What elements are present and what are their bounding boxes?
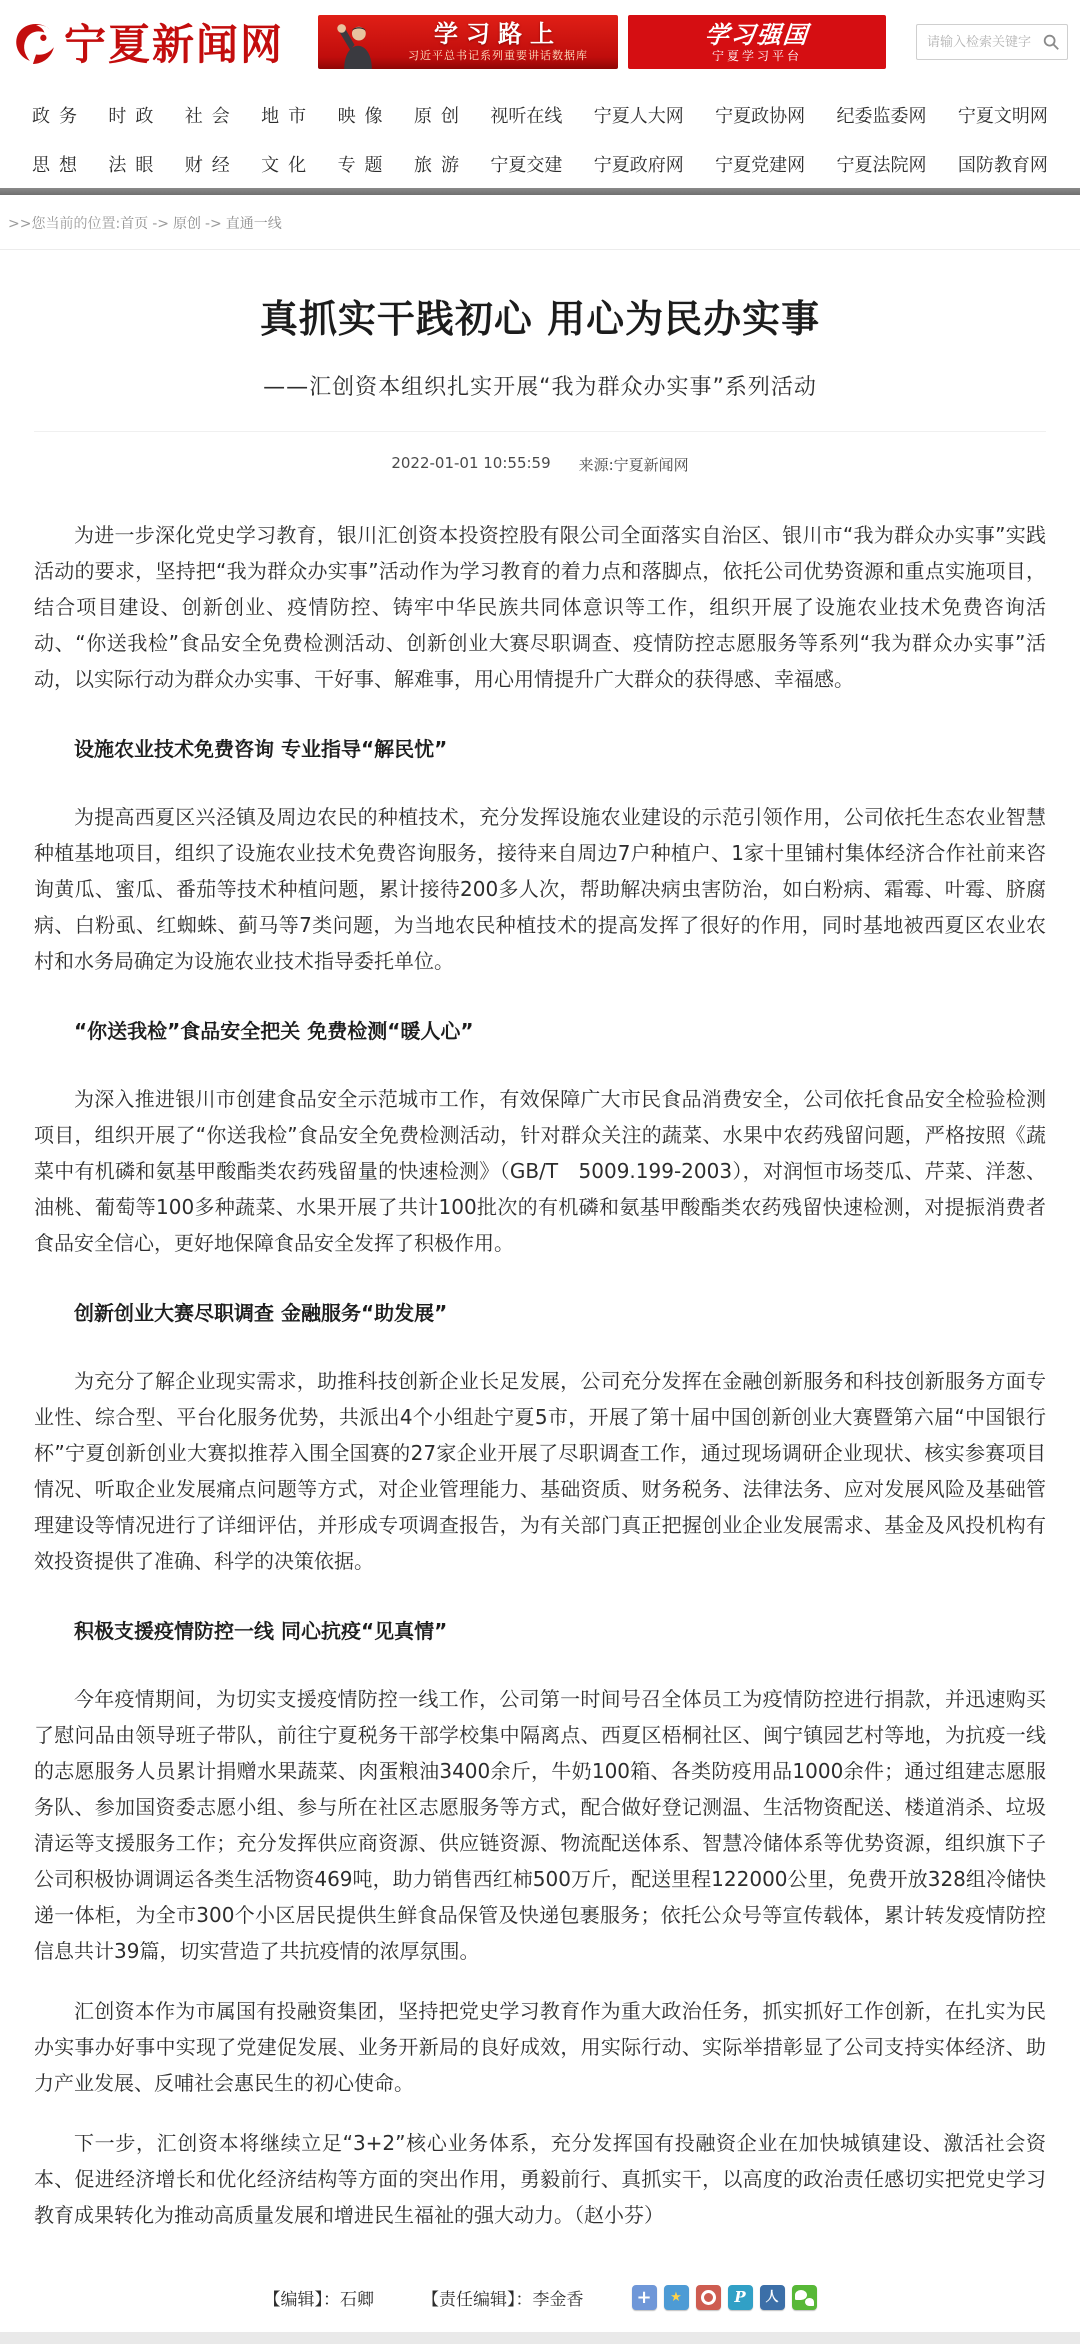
paragraph: 为深入推进银川市创建食品安全示范城市工作，有效保障广大市民食品消费安全，公司依托… [34,1081,1046,1261]
section-divider-bar [0,188,1080,195]
nav-item[interactable]: 宁夏党建网 [715,151,805,177]
article-subtitle: ——汇创资本组织扎实开展“我为群众办实事”系列活动 [34,370,1046,401]
phoenix-logo-icon [12,19,58,65]
article: 真抓实干践初心 用心为民办实事 ——汇创资本组织扎实开展“我为群众办实事”系列活… [0,296,1080,2233]
nav-item[interactable]: 国防教育网 [958,151,1048,177]
nav-item[interactable]: 原创 [414,102,468,128]
editor-item: 【编辑】：石卿 [264,2285,375,2310]
section-heading: 设施农业技术免费咨询 专业指导“解民忧” [34,731,1046,767]
search-icon[interactable] [1042,33,1060,51]
nav-item[interactable]: 宁夏法院网 [837,151,927,177]
banner-xuexi-qiangguo[interactable]: 学习强国 宁夏学习平台 [628,15,886,69]
duty-editor-name: 李金香 [533,2290,584,2310]
section-heading: “你送我检”食品安全把关 免费检测“暖人心” [34,1013,1046,1049]
page: 宁夏新闻网 学习路上 习近平总书记系列重要讲话数据库 学习强国 宁夏学习平台 [0,0,1080,2344]
paragraph: 汇创资本作为市属国有投融资集团，坚持把党史学习教育作为重大政治任务，抓实抓好工作… [34,1993,1046,2101]
nav-item[interactable]: 地市 [261,102,315,128]
search-box [916,24,1068,60]
article-source: 来源:宁夏新闻网 [579,454,689,475]
paragraph: 为充分了解企业现实需求，助推科技创新企业长足发展，公司充分发挥在金融创新服务和科… [34,1363,1046,1579]
nav-item[interactable]: 纪委监委网 [837,102,927,128]
article-title: 真抓实干践初心 用心为民办实事 [34,296,1046,342]
nav-item[interactable]: 政务 [32,102,86,128]
favorites-star-icon[interactable]: ★ [664,2285,689,2310]
nav-item[interactable]: 思想 [32,151,86,177]
share-icons: +★P人 [632,2285,817,2310]
site-logo[interactable]: 宁夏新闻网 [12,12,308,72]
paragraph: 今年疫情期间，为切实支援疫情防控一线工作，公司第一时间号召全体员工为疫情防控进行… [34,1681,1046,1969]
breadcrumb-separator: -> [152,216,169,232]
editor-name: 石卿 [340,2290,374,2310]
banner2-title: 学习强国 [704,22,810,48]
breadcrumb-link[interactable]: 直通一线 [226,216,282,232]
wechat-icon[interactable] [792,2285,817,2310]
site-logo-text: 宁夏新闻网 [64,12,284,72]
nav-row-2: 思想法眼财经文化专题旅游宁夏交建宁夏政府网宁夏党建网宁夏法院网国防教育网 [0,139,1080,188]
section-heading: 创新创业大赛尽职调查 金融服务“助发展” [34,1295,1046,1331]
leader-photo [332,19,384,69]
banner1-title: 学习路上 [434,21,562,47]
nav-item[interactable]: 映像 [338,102,392,128]
pengyou-icon[interactable]: P [728,2285,753,2310]
banner1-subtitle: 习近平总书记系列重要讲话数据库 [408,49,588,63]
nav-item[interactable]: 专题 [338,151,392,177]
publish-date: 2022-01-01 10:55:59 [391,454,550,475]
breadcrumb-link[interactable]: 首页 [120,216,148,232]
nav-item[interactable]: 视听在线 [490,102,562,128]
nav-item[interactable]: 时政 [108,102,162,128]
breadcrumb-prefix: >>您当前的位置: [8,216,120,232]
nav-row-1: 政务时政社会地市映像原创视听在线宁夏人大网宁夏政协网纪委监委网宁夏文明网 [0,90,1080,139]
share-more-icon[interactable]: + [632,2285,657,2310]
article-meta: 2022-01-01 10:55:59 来源:宁夏新闻网 [34,431,1046,475]
paragraph: 为进一步深化党史学习教育，银川汇创资本投资控股有限公司全面落实自治区、银川市“我… [34,517,1046,697]
nav-item[interactable]: 文化 [261,151,315,177]
banner-xuexi-lushang[interactable]: 学习路上 习近平总书记系列重要讲话数据库 [318,15,618,69]
banner2-subtitle: 宁夏学习平台 [712,49,802,63]
nav-item[interactable]: 旅游 [414,151,468,177]
editor-label: 【编辑】： [264,2290,341,2310]
nav-item[interactable]: 财经 [185,151,239,177]
nav-item[interactable]: 法眼 [108,151,162,177]
main-nav: 政务时政社会地市映像原创视听在线宁夏人大网宁夏政协网纪委监委网宁夏文明网 思想法… [0,84,1080,188]
nav-item[interactable]: 宁夏政协网 [715,102,805,128]
duty-editor-label: 【责任编辑】： [422,2290,533,2310]
site-header: 宁夏新闻网 学习路上 习近平总书记系列重要讲话数据库 学习强国 宁夏学习平台 [0,0,1080,84]
paragraph: 为提高西夏区兴泾镇及周边农民的种植技术，充分发挥设施农业建设的示范引领作用，公司… [34,799,1046,979]
article-footer: 【编辑】：石卿 【责任编辑】：李金香 +★P人 [0,2257,1080,2332]
breadcrumb-separator: -> [205,216,222,232]
nav-item[interactable]: 宁夏政府网 [594,151,684,177]
breadcrumb: >>您当前的位置:首页->原创->直通一线 [0,195,1080,250]
section-heading: 积极支援疫情防控一线 同心抗疫“见真情” [34,1613,1046,1649]
duty-editor-item: 【责任编辑】：李金香 [422,2285,584,2310]
nav-item[interactable]: 宁夏交建 [490,151,562,177]
article-body: 为进一步深化党史学习教育，银川汇创资本投资控股有限公司全面落实自治区、银川市“我… [34,517,1046,2233]
nav-item[interactable]: 宁夏文明网 [958,102,1048,128]
nav-item[interactable]: 社会 [185,102,239,128]
paragraph: 下一步，汇创资本将继续立足“3+2”核心业务体系，充分发挥国有投融资企业在加快城… [34,2125,1046,2233]
sina-weibo-icon[interactable] [696,2285,721,2310]
renren-icon[interactable]: 人 [760,2285,785,2310]
breadcrumb-link[interactable]: 原创 [173,216,201,232]
nav-item[interactable]: 宁夏人大网 [594,102,684,128]
page-bottom-strip [0,2332,1080,2344]
